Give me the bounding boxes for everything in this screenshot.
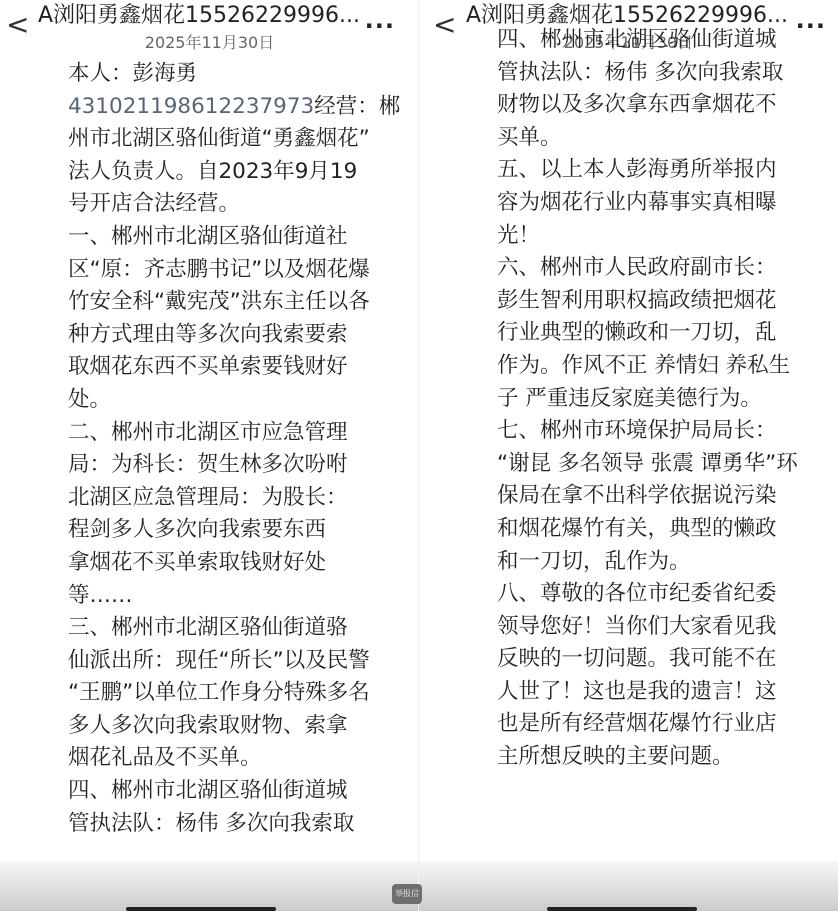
text-line: 光！ [497,220,827,253]
text-line: 处。 [68,384,403,417]
text-line: 二、郴州市北湖区市应急管理 [68,417,403,450]
text-line: 作为。作风不正 养情妇 养私生 [497,350,827,383]
text-line: 主所想反映的主要问题。 [497,741,827,774]
text-line: 六、郴州市人民政府副市长： [497,252,827,285]
text-line: 仙派出所：现任“所长”以及民警 [68,645,403,678]
message-body: 四、郴州市北湖区骆仙街道城 管执法队：杨伟 多次向我索取 财物以及多次拿东西拿烟… [497,24,827,774]
text-line: 四、郴州市北湖区骆仙街道城 [68,775,403,808]
chat-header: < A浏阳勇鑫烟花15526229996... ... 2025年11月30日 [0,0,419,56]
home-indicator[interactable] [126,907,276,911]
text-line: “王鹏”以单位工作身分特殊多名 [68,677,403,710]
text-line: 子 严重违反家庭美德行为。 [497,383,827,416]
text-line: 取烟花东西不买单索要钱财好 [68,351,403,384]
chat-title: A浏阳勇鑫烟花15526229996... [38,2,358,30]
text-line: 种方式理由等多次向我索要索 [68,319,403,352]
text-line: 保局在拿不出科学依据说污染 [497,480,827,513]
report-letter-button[interactable]: 举报信 [392,884,422,904]
text-line: 区“原：齐志鹏书记”以及烟花爆 [68,254,403,287]
text-line: 买单。 [497,122,827,155]
home-indicator[interactable] [547,907,697,911]
text-line: 多人多次向我索取财物、索拿 [68,710,403,743]
text-line: 彭生智利用职权搞政绩把烟花 [497,285,827,318]
left-screenshot-panel: < A浏阳勇鑫烟花15526229996... ... 2025年11月30日 … [0,0,419,911]
text-line: 本人：彭海勇 [68,58,403,91]
text-line: 烟花礼品及不买单。 [68,742,403,775]
text-line: 管执法队：杨伟 多次向我索取 [497,57,827,90]
text-line: “谢昆 多名领导 张震 谭勇华”环 [497,448,827,481]
text-line: 局：为科长：贺生林多次吩咐 [68,449,403,482]
text-line: 领导您好！当你们大家看见我 [497,611,827,644]
text-line: 拿烟花不买单索取钱财好处 [68,547,403,580]
text-line: 八、尊敬的各位市纪委省纪委 [497,578,827,611]
text-line: 竹安全科“戴宪茂”洪东主任以各 [68,286,403,319]
text-fragment: 经营：郴 [314,94,400,119]
text-line: 五、以上本人彭海勇所举报内 [497,154,827,187]
id-number-link[interactable]: 431021198612237973 [68,94,314,119]
text-line: 四、郴州市北湖区骆仙街道城 [497,24,827,57]
text-line: 程剑多人多次向我索要东西 [68,514,403,547]
text-line: 等…… [68,580,403,613]
text-line: 三、郴州市北湖区骆仙街道骆 [68,612,403,645]
bottom-fade [419,861,838,911]
message-date: 2025年11月30日 [0,30,419,53]
text-line: 431021198612237973经营：郴 [68,91,403,124]
text-line: 财物以及多次拿东西拿烟花不 [497,89,827,122]
bottom-fade [0,861,419,911]
text-line: 行业典型的懒政和一刀切，乱 [497,317,827,350]
text-line: 北湖区应急管理局：为股长： [68,482,403,515]
text-line: 号开店合法经营。 [68,188,403,221]
text-line: 容为烟花行业内幕事实真相曝 [497,187,827,220]
text-line: 法人负责人。自2023年9月19 [68,156,403,189]
text-line: 和一刀切，乱作为。 [497,546,827,579]
text-line: 和烟花爆竹有关，典型的懒政 [497,513,827,546]
text-line: 反映的一切问题。我可能不在 [497,643,827,676]
text-line: 七、郴州市环境保护局局长： [497,415,827,448]
right-screenshot-panel: < A浏阳勇鑫烟花15526229996... ... 2025年11月30日 … [419,0,838,911]
text-line: 也是所有经营烟花爆竹行业店 [497,708,827,741]
text-line: 州市北湖区骆仙街道“勇鑫烟花” [68,123,403,156]
text-line: 一、郴州市北湖区骆仙街道社 [68,221,403,254]
text-line: 管执法队：杨伟 多次向我索取 [68,808,403,841]
text-line: 人世了！这也是我的遗言！这 [497,676,827,709]
message-body: 本人：彭海勇 431021198612237973经营：郴 州市北湖区骆仙街道“… [68,58,403,840]
